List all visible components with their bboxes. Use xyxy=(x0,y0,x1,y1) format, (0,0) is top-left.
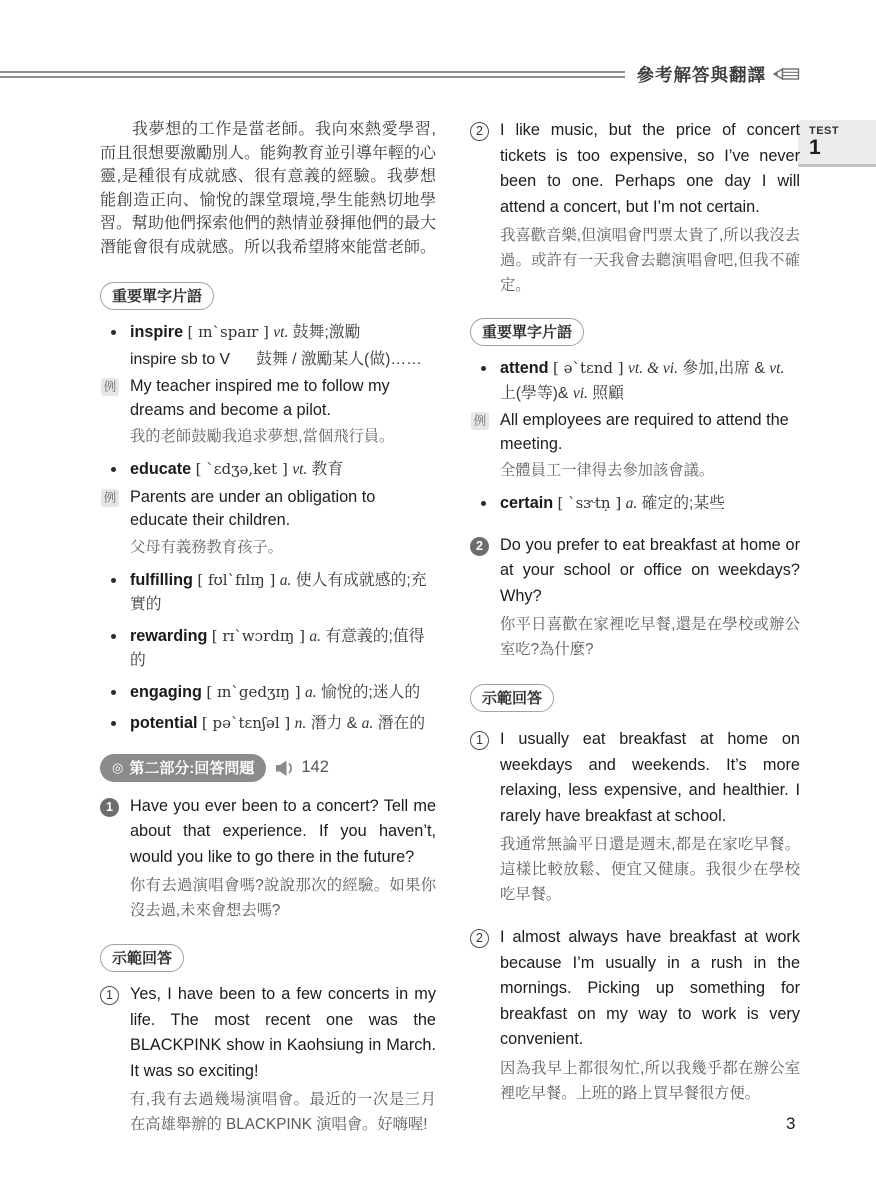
page-header: 參考解答與翻譯 xyxy=(0,62,800,86)
vocab-phonetic: [ pəˋtɛnʃəl ] xyxy=(202,714,290,732)
intro-paragraph: 我夢想的工作是當老師。我向來熱愛學習,而且很想要激勵別人。能夠教育並引導年輕的心… xyxy=(100,118,436,259)
vocab-phrase: inspire sb to V xyxy=(130,348,230,373)
vocab-phonetic: [ fʊlˋfɪlɪŋ ] xyxy=(197,571,275,589)
double-circle-icon: ◎ xyxy=(112,761,123,774)
vocab-phonetic: [ əˋtɛnd ] xyxy=(553,359,624,377)
example-badge: 例 xyxy=(101,489,119,507)
sample-answer-badge: 示範回答 xyxy=(470,684,554,712)
question-translation: 你平日喜歡在家裡吃早餐,還是在學校或辦公室吃?為什麼? xyxy=(500,612,800,662)
part2-pill-badge: ◎ 第二部分:回答問題 xyxy=(100,754,266,782)
vocab-def: 潛力 & xyxy=(311,715,358,732)
vocab-word: fulfilling xyxy=(130,571,193,589)
bullet-dot-icon xyxy=(111,578,116,583)
bullet-dot-icon xyxy=(111,467,116,472)
answer-block: 2 I almost always have breakfast at work… xyxy=(470,925,800,1106)
question-block: 1 Have you ever been to a concert? Tell … xyxy=(100,794,436,924)
question-translation: 你有去過演唱會嗎?說說那次的經驗。如果你沒去過,未來會想去嗎? xyxy=(130,873,436,923)
vocab-phonetic: [ ɪnˋspaɪr ] xyxy=(187,323,268,341)
vocab-word: attend xyxy=(500,359,549,377)
test-tab: TEST 1 xyxy=(798,120,876,167)
question-number-badge: 1 xyxy=(100,798,119,817)
example-english: My teacher inspired me to follow my drea… xyxy=(130,375,436,422)
part2-label: 第二部分:回答問題 xyxy=(129,757,254,778)
vocab-def: 愉悅的;迷人的 xyxy=(321,684,420,701)
vocab-item: fulfilling [ fʊlˋfɪlɪŋ ] a. 使人有成就感的;充實的 xyxy=(100,568,436,618)
vocab-phrase-def: 鼓舞 / 激勵某人(做)…… xyxy=(256,348,422,373)
question-number-badge: 2 xyxy=(470,537,489,556)
answer-number-badge: 1 xyxy=(470,731,489,750)
bullet-dot-icon xyxy=(481,501,486,506)
vocab-badge: 重要單字片語 xyxy=(470,318,584,346)
answer-number-badge: 2 xyxy=(470,122,489,141)
question-english: Have you ever been to a concert? Tell me… xyxy=(130,794,436,871)
vocab-def: 確定的;某些 xyxy=(642,495,725,512)
answer-block: 1 I usually eat breakfast at home on wee… xyxy=(470,727,800,907)
answer-translation: 有,我有去過幾場演唱會。最近的一次是三月在高雄舉辦的 BLACKPINK 演唱會… xyxy=(130,1087,436,1137)
example-block: 例 My teacher inspired me to follow my dr… xyxy=(100,375,436,449)
page-title: 參考解答與翻譯 xyxy=(637,62,767,87)
vocab-pos: a. xyxy=(626,495,638,512)
vocab-pos: vt. & vi. xyxy=(628,360,678,377)
audio-indicator: 142 xyxy=(275,758,329,777)
vocab-item: rewarding [ rɪˋwɔrdɪŋ ] a. 有意義的;值得的 xyxy=(100,624,436,674)
answer-translation: 因為我早上都很匆忙,所以我幾乎都在辦公室裡吃早餐。上班的路上買早餐很方便。 xyxy=(500,1056,800,1106)
vocab-pos: vt. xyxy=(769,360,784,377)
vocab-pos: vi. xyxy=(573,385,588,402)
bullet-dot-icon xyxy=(111,690,116,695)
vocab-phonetic: [ rɪˋwɔrdɪŋ ] xyxy=(212,627,305,645)
header-double-rule xyxy=(0,71,625,78)
answer-block: 2 I like music, but the price of concert… xyxy=(470,118,800,298)
document-page: 參考解答與翻譯 TEST 1 我夢想的工作是當老師。我向來熱愛學習,而且很想要激… xyxy=(0,0,876,1200)
vocab-word: inspire xyxy=(130,323,183,341)
vocab-badge: 重要單字片語 xyxy=(100,282,214,310)
vocab-word: educate xyxy=(130,460,191,478)
bullet-dot-icon xyxy=(111,634,116,639)
bullet-dot-icon xyxy=(111,330,116,335)
answer-number-badge: 2 xyxy=(470,929,489,948)
example-english: Parents are under an obligation to educa… xyxy=(130,486,436,533)
vocab-item: certain [ ˋsɝtṇ ] a. 確定的;某些 xyxy=(470,491,800,517)
vocab-pos: a. xyxy=(309,628,321,645)
answer-english: Yes, I have been to a few concerts in my… xyxy=(130,982,436,1084)
vocab-word: engaging xyxy=(130,683,202,701)
question-block: 2 Do you prefer to eat breakfast at home… xyxy=(470,533,800,663)
example-block: 例 All employees are required to attend t… xyxy=(470,409,800,483)
vocab-item: potential [ pəˋtɛnʃəl ] n. 潛力 & a. 潛在的 xyxy=(100,711,436,737)
page-number: 3 xyxy=(786,1114,795,1134)
vocab-item: educate [ ˋɛdʒə,ket ] vt. 教育 xyxy=(100,457,436,483)
vocab-def: 潛在的 xyxy=(378,715,425,732)
part2-heading: ◎ 第二部分:回答問題 142 xyxy=(100,754,436,782)
vocab-pos: vt. xyxy=(292,461,307,478)
example-badge: 例 xyxy=(101,378,119,396)
vocab-def: 教育 xyxy=(312,461,344,478)
vocab-pos: a. xyxy=(280,572,292,589)
answer-english: I usually eat breakfast at home on weekd… xyxy=(500,727,800,829)
vocab-pos: vt. xyxy=(273,324,288,341)
vocab-def: 參加,出席 & xyxy=(682,360,765,377)
vocab-phonetic: [ ˋsɝtṇ ] xyxy=(557,494,621,512)
vocab-pos: a. xyxy=(305,684,317,701)
vocab-word: certain xyxy=(500,494,553,512)
answer-english: I like music, but the price of concert t… xyxy=(500,118,800,220)
vocab-pos: n. xyxy=(295,715,307,732)
vocab-def: 鼓舞;激勵 xyxy=(293,324,361,341)
answer-translation: 我通常無論平日還是週末,都是在家吃早餐。這樣比較放鬆、便宜又健康。我很少在學校吃… xyxy=(500,832,800,907)
vocab-item: attend [ əˋtɛnd ] vt. & vi. 參加,出席 & vt. … xyxy=(470,356,800,406)
example-translation: 全體員工一律得去參加該會議。 xyxy=(500,458,800,483)
answer-number-badge: 1 xyxy=(100,986,119,1005)
example-translation: 我的老師鼓勵我追求夢想,當個飛行員。 xyxy=(130,424,436,449)
vocab-word: potential xyxy=(130,714,197,732)
test-tab-number: 1 xyxy=(809,136,876,160)
example-translation: 父母有義務教育孩子。 xyxy=(130,535,436,560)
vocab-def: 上(學等)& xyxy=(500,385,568,402)
pencil-icon xyxy=(773,66,800,82)
speaker-icon xyxy=(275,759,296,777)
bullet-dot-icon xyxy=(111,721,116,726)
sample-answer-badge: 示範回答 xyxy=(100,944,184,972)
example-badge: 例 xyxy=(471,412,489,430)
vocab-pos: a. xyxy=(362,715,374,732)
vocab-phonetic: [ ˋɛdʒə,ket ] xyxy=(196,460,288,478)
example-english: All employees are required to attend the… xyxy=(500,409,800,456)
vocab-item: engaging [ ɪnˋgedʒɪŋ ] a. 愉悅的;迷人的 xyxy=(100,680,436,706)
vocab-phonetic: [ ɪnˋgedʒɪŋ ] xyxy=(206,683,300,701)
vocab-phrase-row: inspire sb to V 鼓舞 / 激勵某人(做)…… xyxy=(100,348,436,373)
example-block: 例 Parents are under an obligation to edu… xyxy=(100,486,436,560)
question-english: Do you prefer to eat breakfast at home o… xyxy=(500,533,800,610)
left-column: 我夢想的工作是當老師。我向來熱愛學習,而且很想要激勵別人。能夠教育並引導年輕的心… xyxy=(100,118,436,1152)
bullet-dot-icon xyxy=(481,366,486,371)
audio-track-number: 142 xyxy=(301,758,329,777)
vocab-def: 照顧 xyxy=(592,385,624,402)
right-column: 2 I like music, but the price of concert… xyxy=(470,118,800,1121)
vocab-item: inspire [ ɪnˋspaɪr ] vt. 鼓舞;激勵 xyxy=(100,320,436,346)
answer-block: 1 Yes, I have been to a few concerts in … xyxy=(100,982,436,1137)
answer-translation: 我喜歡音樂,但演唱會門票太貴了,所以我沒去過。或許有一天我會去聽演唱會吧,但我不… xyxy=(500,223,800,298)
answer-english: I almost always have breakfast at work b… xyxy=(500,925,800,1053)
vocab-word: rewarding xyxy=(130,627,207,645)
